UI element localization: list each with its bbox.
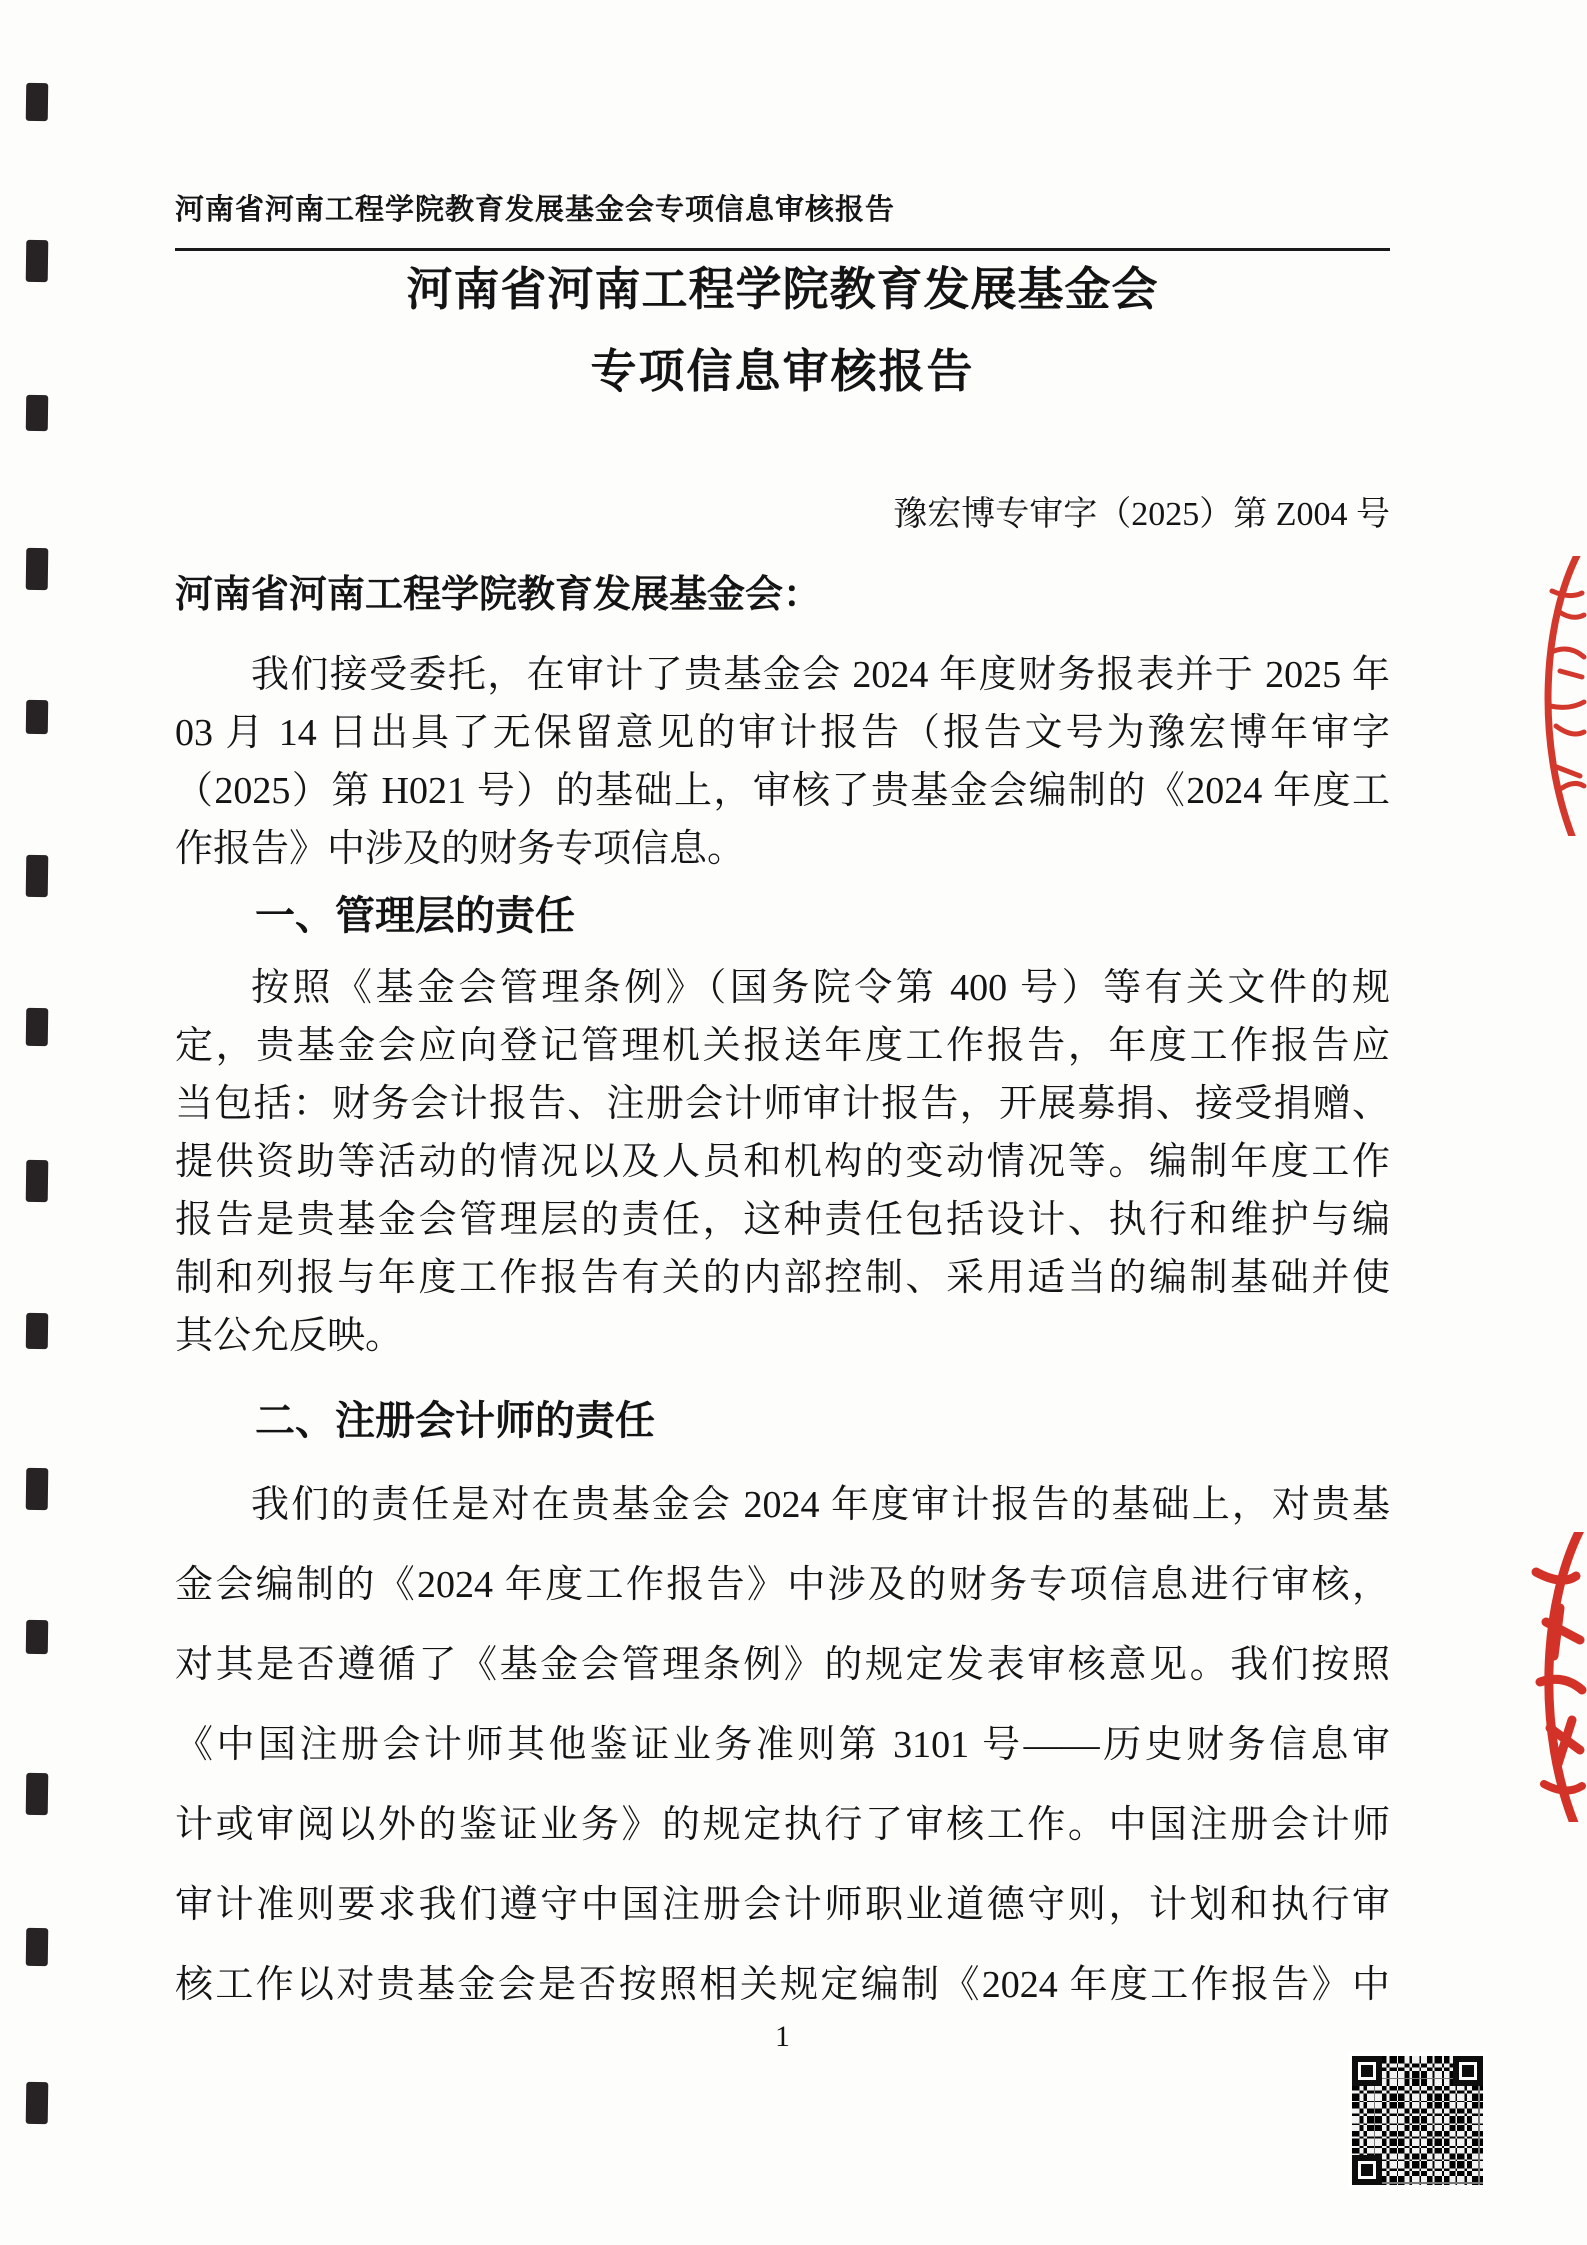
scanned-report-page: 河南省河南工程学院教育发展基金会专项信息审核报告 河南省河南工程学院教育发展基金… [0, 0, 1587, 2245]
qr-code-icon [1348, 2052, 1487, 2189]
cpa-responsibility-paragraph-line-5: 计或审阅以外的鉴证业务》的规定执行了审核工作。中国注册会计师 [175, 1785, 1390, 1865]
binding-mark [26, 548, 49, 590]
cpa-responsibility-paragraph-line-3: 对其是否遵循了《基金会管理条例》的规定发表审核意见。我们按照 [175, 1625, 1390, 1705]
management-responsibility-paragraph-line-4: 提供资助等活动的情况以及人员和机构的变动情况等。编制年度工作 [175, 1133, 1390, 1191]
cpa-responsibility-paragraph-line-6: 审计准则要求我们遵守中国注册会计师职业道德守则，计划和执行审 [175, 1865, 1390, 1945]
management-responsibility-paragraph-line-5: 报告是贵基金会管理层的责任，这种责任包括设计、执行和维护与编 [175, 1191, 1390, 1249]
document-number: 豫宏博专审字（2025）第 Z004 号 [175, 498, 1390, 532]
intro-paragraph: 我们接受委托，在审计了贵基金会 2024 年度财务报表并于 2025 年03 月… [175, 646, 1390, 878]
cpa-responsibility-paragraph-line-1: 我们的责任是对在贵基金会 2024 年度审计报告的基础上，对贵基 [175, 1465, 1390, 1545]
addressee-line: 河南省河南工程学院教育发展基金会： [175, 576, 1390, 614]
report-title-line1: 河南省河南工程学院教育发展基金会 [175, 266, 1390, 312]
binding-mark [26, 1313, 49, 1349]
qr-finder-icon [1352, 2155, 1382, 2185]
binding-mark [26, 240, 49, 282]
management-responsibility-paragraph: 按照《基金会管理条例》（国务院令第 400 号）等有关文件的规定，贵基金会应向登… [175, 959, 1390, 1365]
red-seal-fragment-lower [1516, 1532, 1587, 1822]
binding-mark [26, 2082, 49, 2124]
cpa-responsibility-paragraph: 我们的责任是对在贵基金会 2024 年度审计报告的基础上，对贵基金会编制的《20… [175, 1465, 1390, 2025]
management-responsibility-paragraph-line-2: 定，贵基金会应向登记管理机关报送年度工作报告，年度工作报告应 [175, 1017, 1390, 1075]
management-responsibility-paragraph-line-3: 当包括：财务会计报告、注册会计师审计报告，开展募捐、接受捐赠、 [175, 1075, 1390, 1133]
header-rule [175, 248, 1390, 251]
management-responsibility-paragraph-line-1: 按照《基金会管理条例》（国务院令第 400 号）等有关文件的规 [175, 959, 1390, 1017]
report-title-line2: 专项信息审核报告 [175, 348, 1390, 394]
binding-mark [26, 395, 49, 431]
binding-mark [26, 83, 49, 121]
binding-mark [26, 1620, 48, 1654]
qr-modules [1352, 2056, 1483, 2185]
binding-mark [26, 855, 49, 897]
red-seal-fragment-upper [1524, 556, 1587, 836]
intro-paragraph-line-2: 03 月 14 日出具了无保留意见的审计报告（报告文号为豫宏博年审字 [175, 704, 1390, 762]
qr-finder-icon [1453, 2056, 1483, 2086]
intro-paragraph-line-4: 作报告》中涉及的财务专项信息。 [175, 820, 1390, 878]
binding-mark [26, 1008, 49, 1046]
section-heading-management-responsibility: 一、管理层的责任 [175, 893, 1390, 939]
binding-mark [26, 700, 48, 734]
binding-mark [26, 1160, 49, 1202]
running-header: 河南省河南工程学院教育发展基金会专项信息审核报告 [175, 196, 1390, 225]
intro-paragraph-line-1: 我们接受委托，在审计了贵基金会 2024 年度财务报表并于 2025 年 [175, 646, 1390, 704]
page-number: 1 [175, 2022, 1390, 2052]
binding-mark [26, 1773, 49, 1815]
cpa-responsibility-paragraph-line-4: 《中国注册会计师其他鉴证业务准则第 3101 号——历史财务信息审 [175, 1705, 1390, 1785]
cpa-responsibility-paragraph-line-2: 金会编制的《2024 年度工作报告》中涉及的财务专项信息进行审核， [175, 1545, 1390, 1625]
intro-paragraph-line-3: （2025）第 H021 号）的基础上，审核了贵基金会编制的《2024 年度工 [175, 762, 1390, 820]
management-responsibility-paragraph-line-6: 制和列报与年度工作报告有关的内部控制、采用适当的编制基础并使 [175, 1249, 1390, 1307]
binding-mark [26, 1928, 49, 1966]
management-responsibility-paragraph-line-7: 其公允反映。 [175, 1307, 1390, 1365]
binding-mark [26, 1468, 49, 1510]
qr-finder-icon [1352, 2056, 1382, 2086]
section-heading-cpa-responsibility: 二、注册会计师的责任 [175, 1398, 1390, 1444]
cpa-responsibility-paragraph-line-7: 核工作以对贵基金会是否按照相关规定编制《2024 年度工作报告》中 [175, 1945, 1390, 2025]
